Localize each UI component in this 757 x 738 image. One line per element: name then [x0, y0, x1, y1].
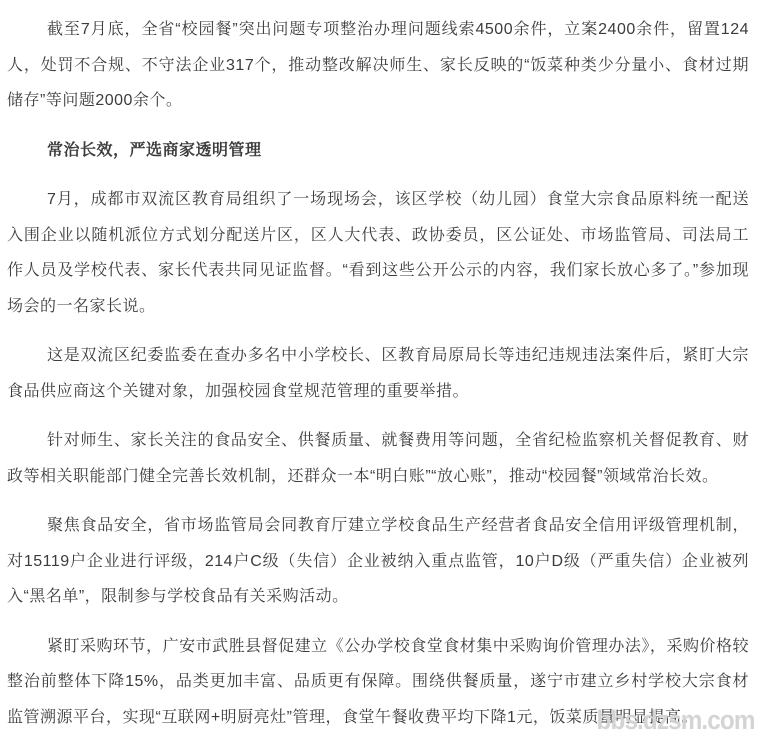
paragraph-shuangliu-background: 这是双流区纪委监委在查办多名中小学校长、区教育局原局长等违纪违规违法案件后，紧盯… [7, 338, 749, 409]
page: { "colors": { "background": "#ffffff", "… [0, 0, 757, 738]
paragraph-food-safety-rating: 聚焦食品安全，省市场监管局会同教育厅建立学校食品生产经营者食品安全信用评级管理机… [7, 508, 749, 615]
site-watermark: bbs.dzsm.com [597, 705, 755, 736]
paragraph-long-term-mechanism: 针对师生、家长关注的食品安全、供餐质量、就餐费用等问题，全省纪检监察机关督促教育… [7, 423, 749, 494]
paragraph-stats: 截至7月底，全省“校园餐”突出问题专项整治办理问题线索4500余件，立案2400… [7, 12, 749, 119]
section-heading: 常治长效，严选商家透明管理 [7, 133, 749, 169]
article-body: 截至7月底，全省“校园餐”突出问题专项整治办理问题线索4500余件，立案2400… [0, 0, 757, 735]
paragraph-shuangliu-meeting: 7月，成都市双流区教育局组织了一场现场会，该区学校（幼儿园）食堂大宗食品原料统一… [7, 182, 749, 324]
